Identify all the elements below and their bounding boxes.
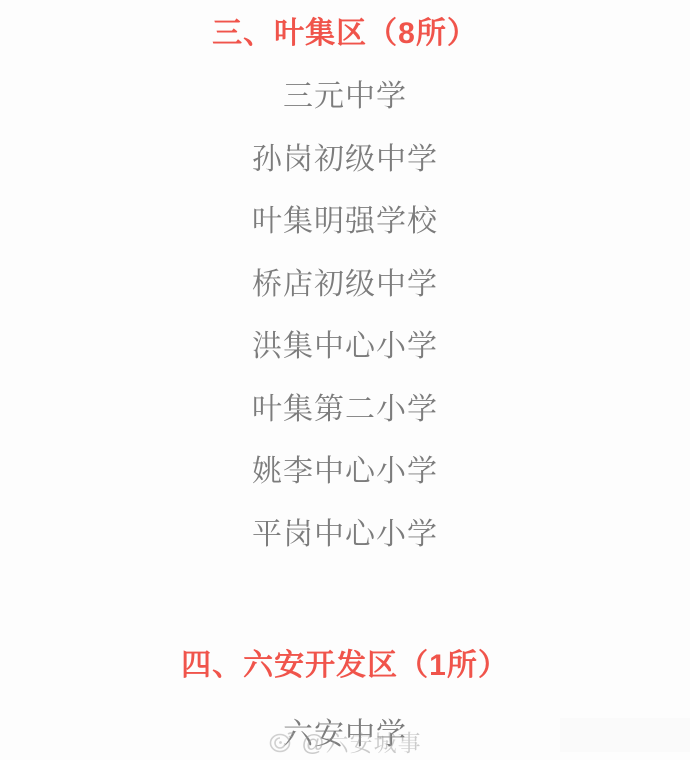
- section-heading-yejiqu: 三、叶集区（8所）: [0, 8, 690, 54]
- list-item: 孙岗初级中学: [0, 129, 690, 192]
- school-list-document: 三、叶集区（8所） 三元中学 孙岗初级中学 叶集明强学校 桥店初级中学 洪集中心…: [0, 0, 690, 760]
- corner-shade: [560, 718, 690, 752]
- list-item: 平岗中心小学: [0, 504, 690, 567]
- section-yejiqu: 三、叶集区（8所） 三元中学 孙岗初级中学 叶集明强学校 桥店初级中学 洪集中心…: [0, 8, 690, 566]
- list-item: 叶集明强学校: [0, 191, 690, 254]
- list-item: 姚李中心小学: [0, 441, 690, 504]
- list-item: 三元中学: [0, 66, 690, 129]
- list-item: 洪集中心小学: [0, 316, 690, 379]
- list-item: 叶集第二小学: [0, 379, 690, 442]
- list-item: 桥店初级中学: [0, 254, 690, 317]
- school-list-yejiqu: 三元中学 孙岗初级中学 叶集明强学校 桥店初级中学 洪集中心小学 叶集第二小学 …: [0, 66, 690, 566]
- section-heading-luan-kaifaqu: 四、六安开发区（1所）: [0, 640, 690, 686]
